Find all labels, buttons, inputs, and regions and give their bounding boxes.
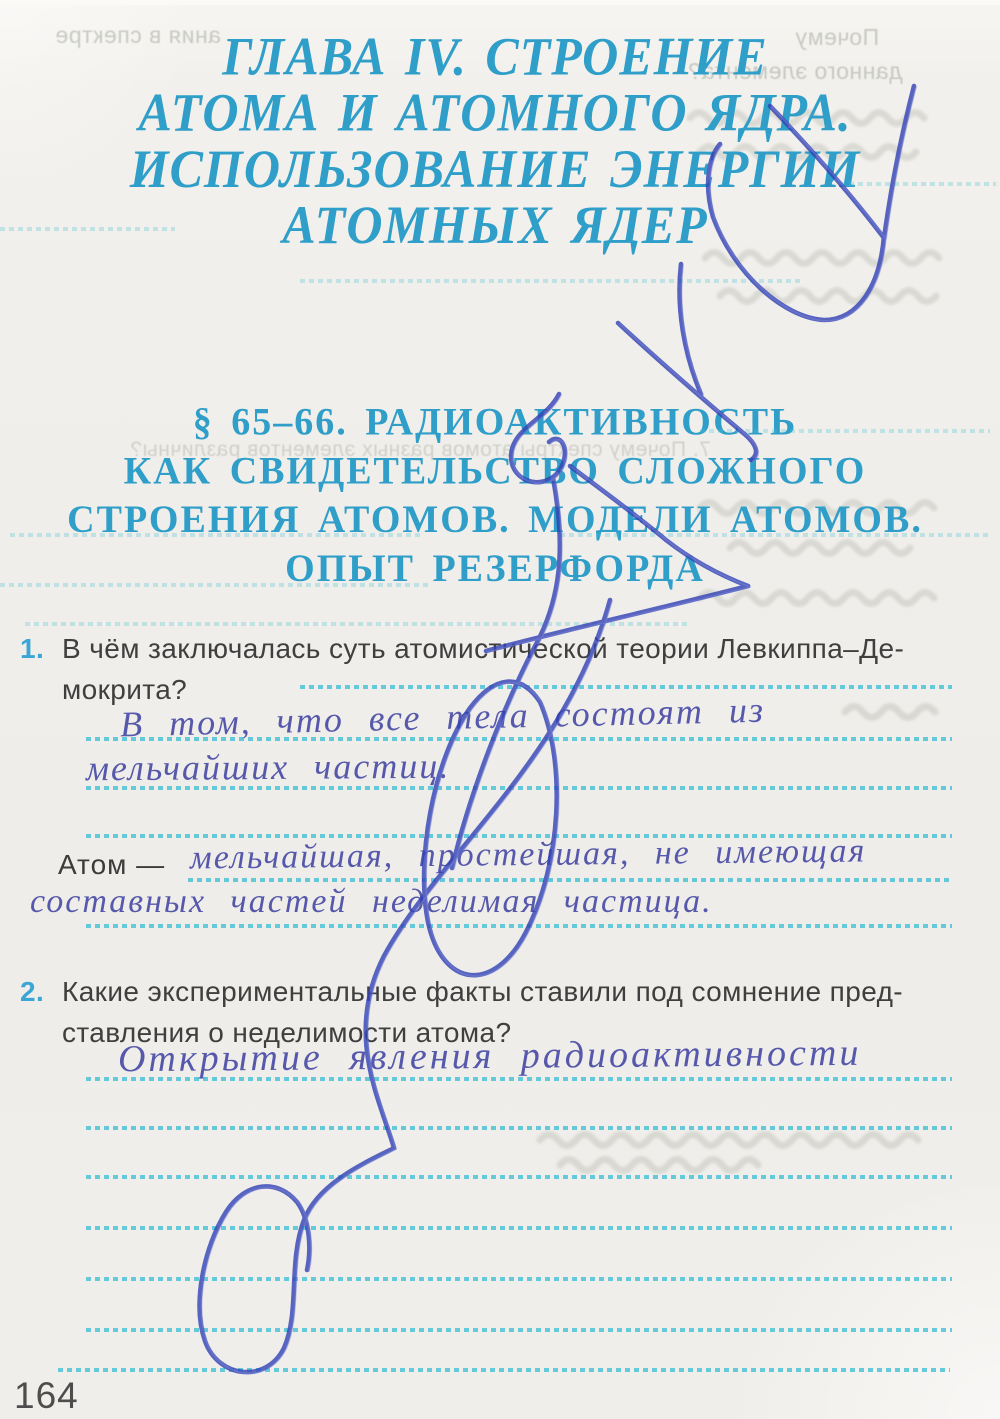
question-1-text-line: мокрита? — [62, 674, 187, 705]
bleed-through-dotted-line — [560, 533, 990, 537]
handwritten-answer-1-line-2: мельчайших частиц. — [86, 745, 451, 790]
handwritten-atom-definition-line-1: мельчайшая, простейшая, не имеющая — [190, 832, 867, 877]
section-title-line: КАК СВИДЕТЕЛЬСТВО СЛОЖНОГО — [0, 447, 990, 496]
atom-definition-label: Атом — — [58, 849, 165, 881]
chapter-title: ГЛАВА IV. СТРОЕНИЕ АТОМА И АТОМНОГО ЯДРА… — [0, 28, 990, 253]
answer-dotted-line — [86, 834, 952, 838]
bleed-through-dotted-line — [700, 429, 990, 433]
bleed-through-dotted-line — [840, 182, 996, 186]
answer-dotted-line — [86, 1226, 952, 1230]
answer-dotted-line — [86, 786, 952, 790]
question-1-number: 1. — [20, 628, 44, 669]
answer-dotted-line — [86, 1277, 952, 1281]
chapter-title-line: АТОМНЫХ ЯДЕР — [0, 196, 990, 252]
answer-dotted-line — [300, 685, 952, 689]
bleed-through-dotted-line — [10, 533, 420, 537]
workbook-page: ания в спектре Почему данного элемента? … — [0, 0, 1000, 1419]
section-title: § 65–66. РАДИОАКТИВНОСТЬ КАК СВИДЕТЕЛЬСТ… — [0, 398, 990, 594]
question-2-text-line: Какие экспериментальные факты ставили по… — [62, 976, 903, 1007]
question-2-number: 2. — [20, 971, 44, 1012]
answer-dotted-line — [86, 924, 952, 928]
chapter-title-line: АТОМА И АТОМНОГО ЯДРА. — [0, 84, 990, 140]
bleed-through-dotted-line — [300, 279, 800, 283]
section-title-line: СТРОЕНИЯ АТОМОВ. МОДЕЛИ АТОМОВ. — [0, 496, 990, 545]
answer-dotted-line — [86, 1126, 952, 1130]
page-number: 164 — [14, 1375, 79, 1417]
answer-dotted-line — [86, 1077, 952, 1081]
answer-dotted-line — [86, 1175, 952, 1179]
bleed-through-dotted-line — [0, 583, 430, 587]
section-title-line: § 65–66. РАДИОАКТИВНОСТЬ — [0, 398, 990, 447]
handwritten-atom-definition-line-2: составных частей неделимая частица. — [30, 883, 713, 921]
answer-dotted-line — [58, 1368, 950, 1372]
chapter-title-line: ИСПОЛЬЗОВАНИЕ ЭНЕРГИИ — [0, 140, 990, 196]
handwritten-answer-2-line-1: Открытие явления радиоактивности — [118, 1031, 862, 1081]
answer-dotted-line — [86, 737, 952, 741]
bleed-through-dotted-line — [0, 227, 175, 231]
question-1-text-line: В чём заключалась суть атомистической те… — [62, 633, 904, 664]
bleed-through-dotted-line — [25, 622, 690, 626]
answer-dotted-line — [188, 878, 952, 882]
answer-dotted-line — [86, 1328, 952, 1332]
chapter-title-line: ГЛАВА IV. СТРОЕНИЕ — [0, 28, 990, 84]
